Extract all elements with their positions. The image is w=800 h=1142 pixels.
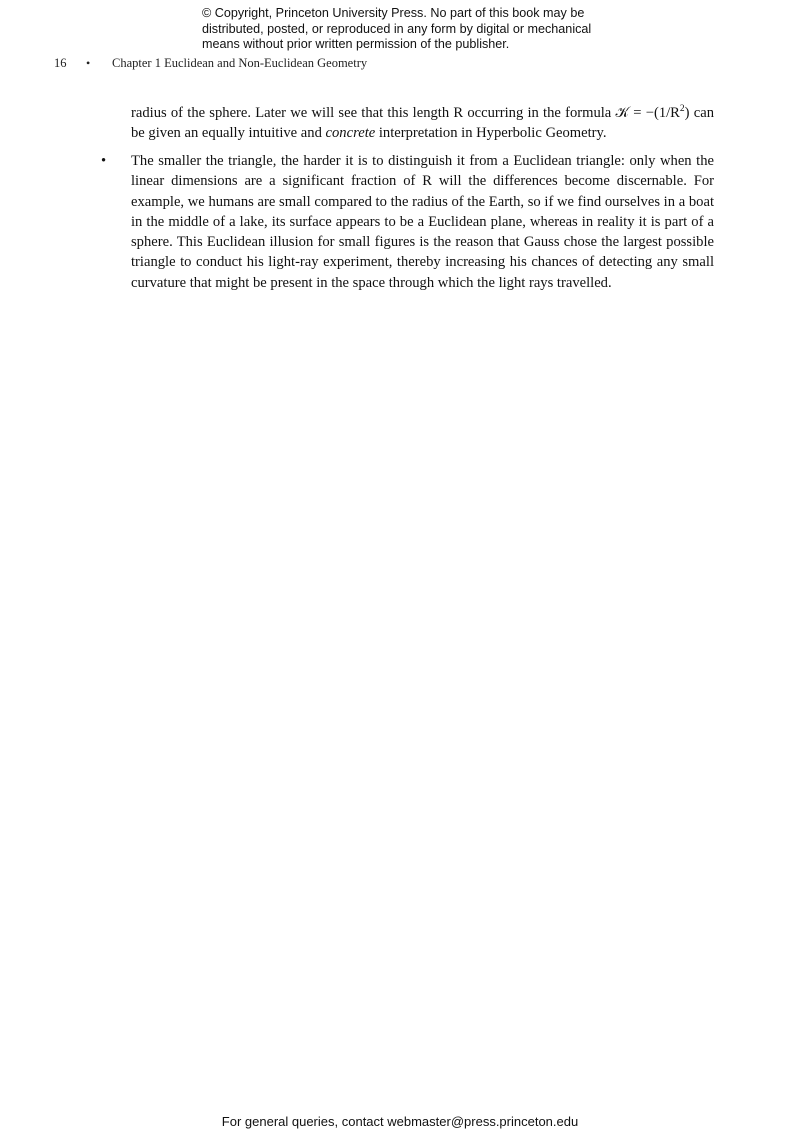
page-number: 16 xyxy=(54,56,86,71)
emphasized-word: concrete xyxy=(326,125,376,141)
copyright-notice: © Copyright, Princeton University Press.… xyxy=(202,6,622,53)
chapter-title: Chapter 1 Euclidean and Non-Euclidean Ge… xyxy=(112,56,367,70)
paragraph-continuation: radius of the sphere. Later we will see … xyxy=(131,103,714,144)
separator-bullet: • xyxy=(86,56,112,71)
copyright-line: © Copyright, Princeton University Press.… xyxy=(202,6,622,22)
copyright-line: means without prior written permission o… xyxy=(202,37,622,53)
paragraph-text: radius of the sphere. Later we will see … xyxy=(131,105,680,121)
copyright-line: distributed, posted, or reproduced in an… xyxy=(202,22,622,38)
bullet-marker: • xyxy=(101,151,106,171)
running-head: 16•Chapter 1 Euclidean and Non-Euclidean… xyxy=(54,56,367,71)
footer-contact: For general queries, contact webmaster@p… xyxy=(0,1114,800,1129)
bullet-paragraph: The smaller the triangle, the harder it … xyxy=(131,151,714,293)
paragraph-text: interpretation in Hyperbolic Geometry. xyxy=(375,125,606,141)
